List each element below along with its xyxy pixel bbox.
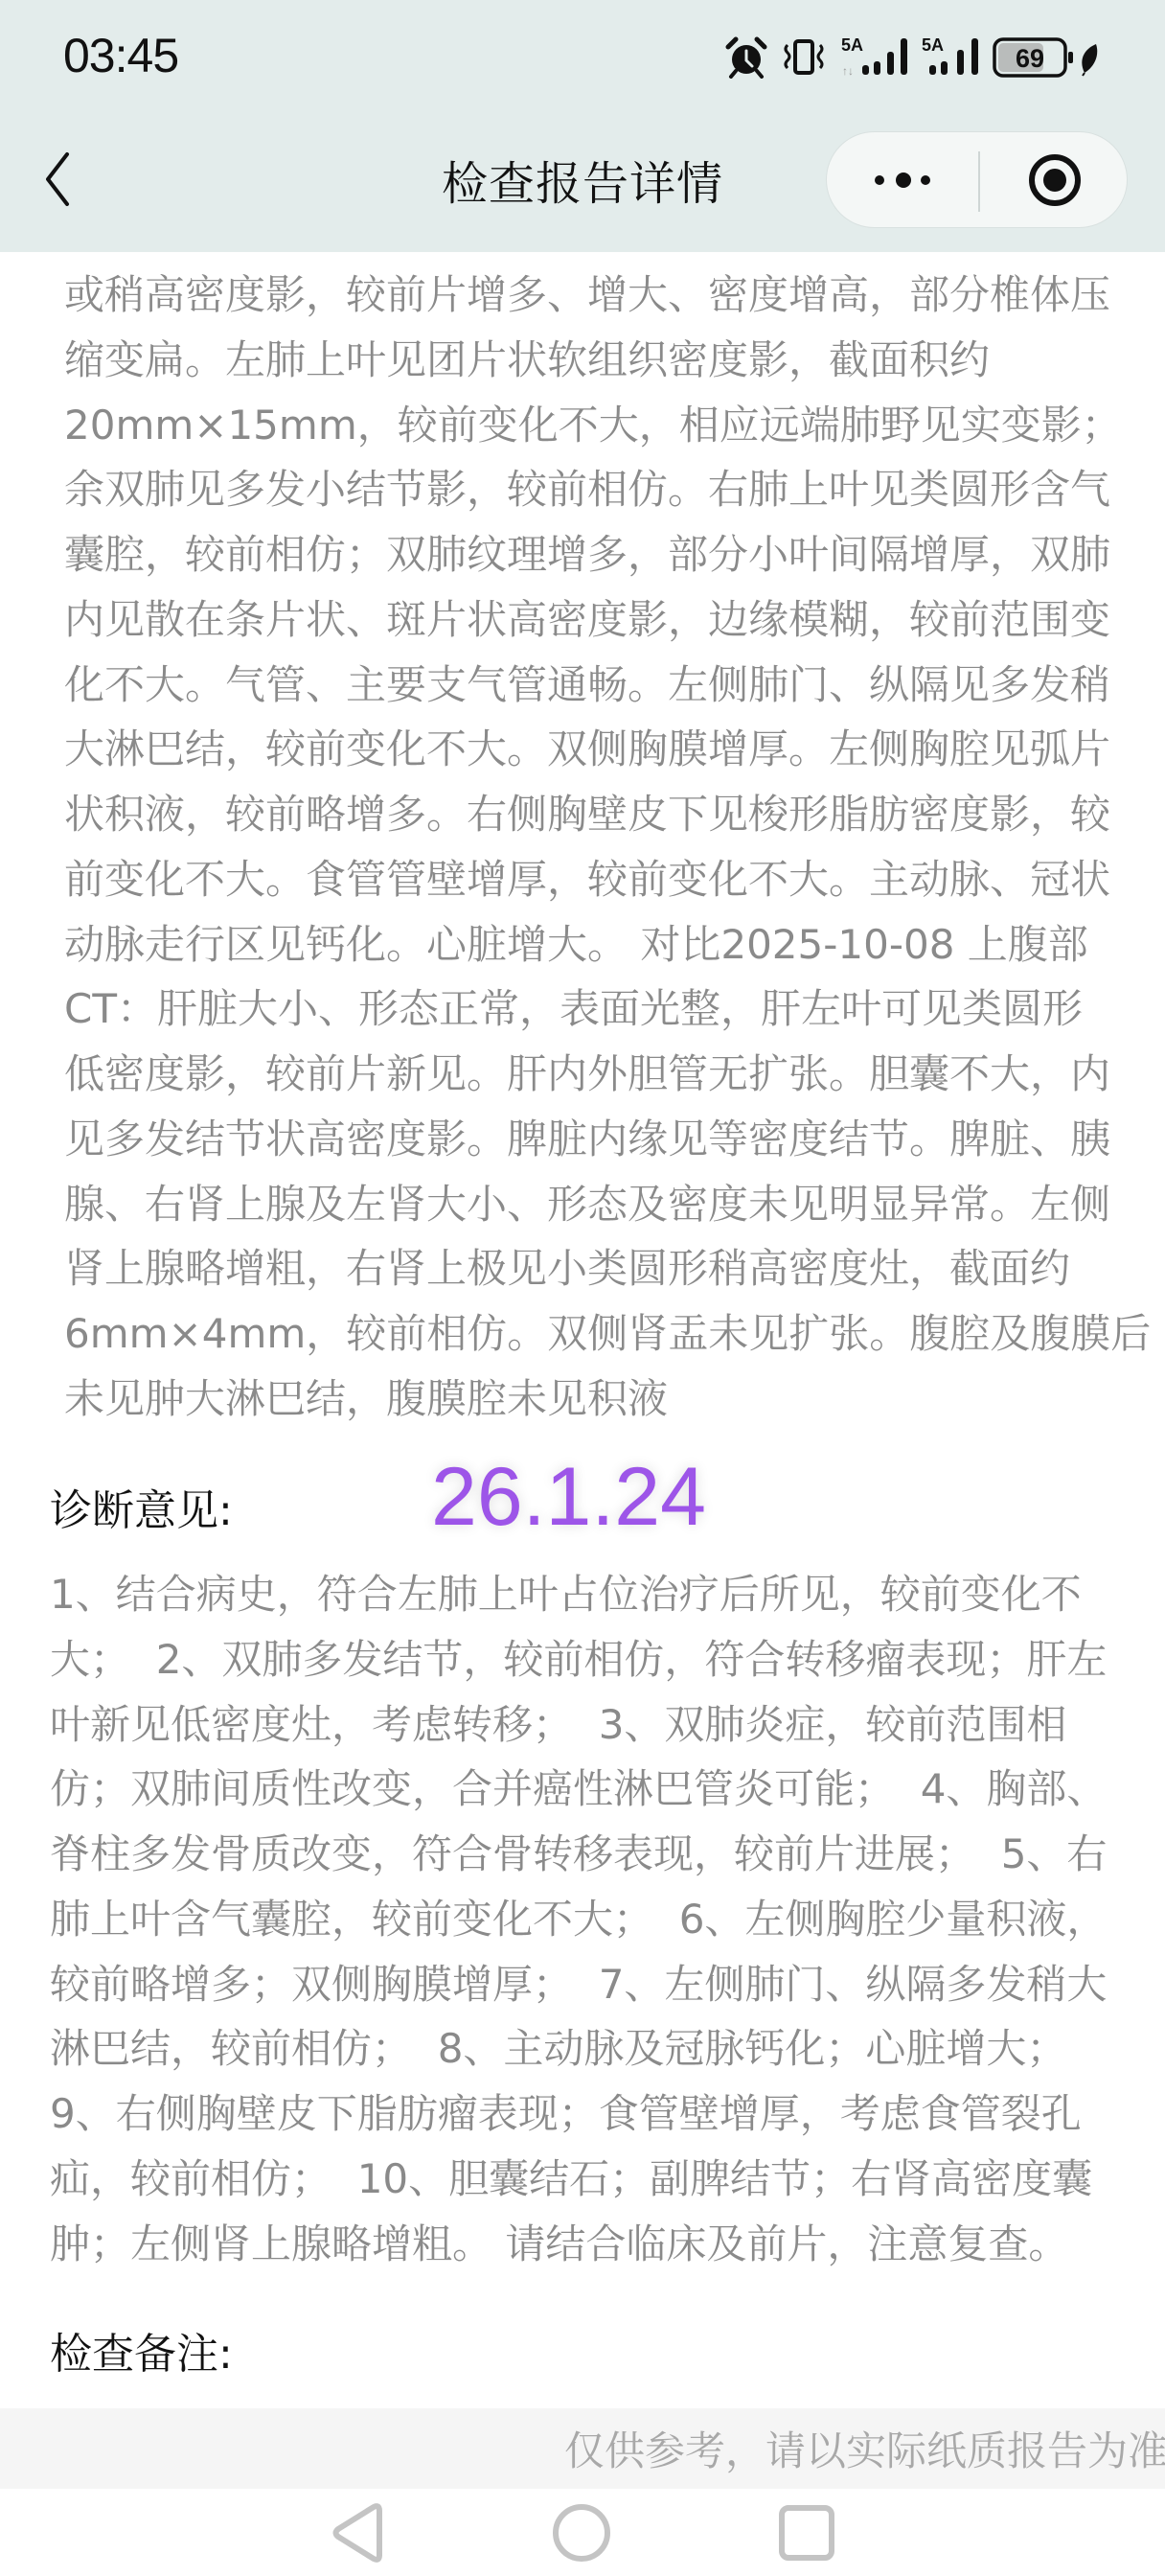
diagnosis-line: 肺上叶含气囊腔，较前变化不大； 6、左侧胸腔少量积液， [50,1887,1107,1952]
more-dots-icon [874,167,933,194]
findings-line: 余双肺见多发小结节影，较前相仿。右肺上叶见类圆形含气 [64,457,1151,522]
findings-line: 状积液，较前略增多。右侧胸壁皮下见梭形脂肪密度影，较 [64,782,1151,847]
battery-icon: 69 [993,37,1077,78]
alarm-icon [724,36,768,79]
mini-program-capsule [826,131,1128,228]
findings-line: 前变化不大。食管管壁增厚，较前变化不大。主动脉、冠状 [64,847,1151,912]
diagnosis-text: 1、结合病史，符合左肺上叶占位治疗后所见，较前变化不 大； 2、双肺多发结节，较… [50,1562,1107,2276]
findings-line: 腺、右肾上腺及左肾大小、形态及密度未见明显异常。左侧 [64,1172,1151,1237]
recents-square-icon [777,2503,836,2563]
back-triangle-icon [330,2501,383,2564]
vibrate-icon [781,39,827,76]
findings-line: 缩变扁。左肺上叶见团片状软组织密度影，截面积约 [64,328,1151,393]
close-mini-program-button[interactable] [980,132,1129,227]
diagnosis-line: 淋巴结，较前相仿； 8、主动脉及冠脉钙化；心脏增大； [50,2016,1107,2081]
exam-notes-label: 检查备注: [50,2322,233,2387]
svg-text:5A: 5A [841,35,863,55]
findings-line: 肾上腺略增粗，右肾上极见小类圆形稍高密度灶，截面约 [64,1236,1151,1301]
diagnosis-line: 大； 2、双肺多发结节，较前相仿，符合转移瘤表现；肝左 [50,1627,1107,1692]
findings-line: 低密度影，较前片新见。肝内外胆管无扩张。胆囊不大，内 [64,1042,1151,1107]
diagnosis-label: 诊断意见: [50,1479,233,1544]
findings-line: CT：肝脏大小、形态正常，表面光整，肝左叶可见类圆形 [64,977,1151,1042]
findings-line: 动脉走行区见钙化。心脏增大。 对比2025-10-08 上腹部 [64,912,1151,977]
svg-text:5A: 5A [922,35,944,55]
date-annotation: 26.1.24 [431,1456,706,1538]
svg-text:69: 69 [1016,44,1044,73]
status-time: 03:45 [63,32,178,80]
system-back-button[interactable] [318,2495,395,2571]
findings-line: 见多发结节状高密度影。脾脏内缘见等密度结节。脾脏、胰 [64,1107,1151,1172]
system-nav-bar [0,2489,1165,2576]
findings-line: 6mm×4mm，较前相仿。双侧肾盂未见扩张。腹腔及腹膜后 [64,1301,1151,1367]
diagnosis-line: 叶新见低密度灶，考虑转移； 3、双肺炎症，较前范围相 [50,1692,1107,1758]
findings-line: 大淋巴结，较前变化不大。双侧胸膜增厚。左侧胸腔见弧片 [64,717,1151,782]
diagnosis-line: 肿；左侧肾上腺略增粗。 请结合临床及前片，注意复查。 [50,2212,1107,2277]
disclaimer-banner: 仅供参考，请以实际纸质报告为准 [0,2408,1165,2489]
target-circle-icon [1026,151,1084,209]
diagnosis-line: 脊柱多发骨质改变，符合骨转移表现，较前片进展； 5、右 [50,1822,1107,1887]
findings-line: 囊腔，较前相仿；双肺纹理增多，部分小叶间隔增厚，双肺 [64,522,1151,587]
system-recents-button[interactable] [768,2495,845,2571]
diagnosis-line: 较前略增多；双侧胸膜增厚； 7、左侧肺门、纵隔多发稍大 [50,1952,1107,2017]
diagnosis-line: 1、结合病史，符合左肺上叶占位治疗后所见，较前变化不 [50,1562,1107,1627]
findings-line: 内见散在条片状、斑片状高密度影，边缘模糊，较前范围变 [64,587,1151,653]
more-button[interactable] [827,132,978,227]
signal-5a-icon-2: 5A [922,34,981,77]
findings-line: 或稍高密度影，较前片增多、增大、密度增高，部分椎体压 [64,263,1151,328]
findings-line: 20mm×15mm，较前变化不大，相应远端肺野见实变影； [64,393,1151,458]
home-circle-icon [550,2501,613,2564]
diagnosis-line: 仿；双肺间质性改变，合并癌性淋巴管炎可能； 4、胸部、 [50,1757,1107,1822]
signal-5a-icon: 5A ↑↓ [841,34,910,77]
findings-text: 或稍高密度影，较前片增多、增大、密度增高，部分椎体压 缩变扁。左肺上叶见团片状软… [64,263,1151,1432]
system-home-button[interactable] [543,2495,620,2571]
leaf-icon [1079,42,1100,77]
findings-line: 未见肿大淋巴结，腹膜腔未见积液 [64,1367,1151,1432]
diagnosis-line: 疝，较前相仿； 10、胆囊结石；副脾结节；右肾高密度囊 [50,2147,1107,2212]
findings-line: 化不大。气管、主要支气管通畅。左侧肺门、纵隔见多发稍 [64,653,1151,718]
diagnosis-line: 9、右侧胸壁皮下脂肪瘤表现；食管壁增厚，考虑食管裂孔 [50,2081,1107,2147]
svg-text:↑↓: ↑↓ [842,64,854,77]
disclaimer-text: 仅供参考，请以实际纸质报告为准 [564,2408,1165,2489]
